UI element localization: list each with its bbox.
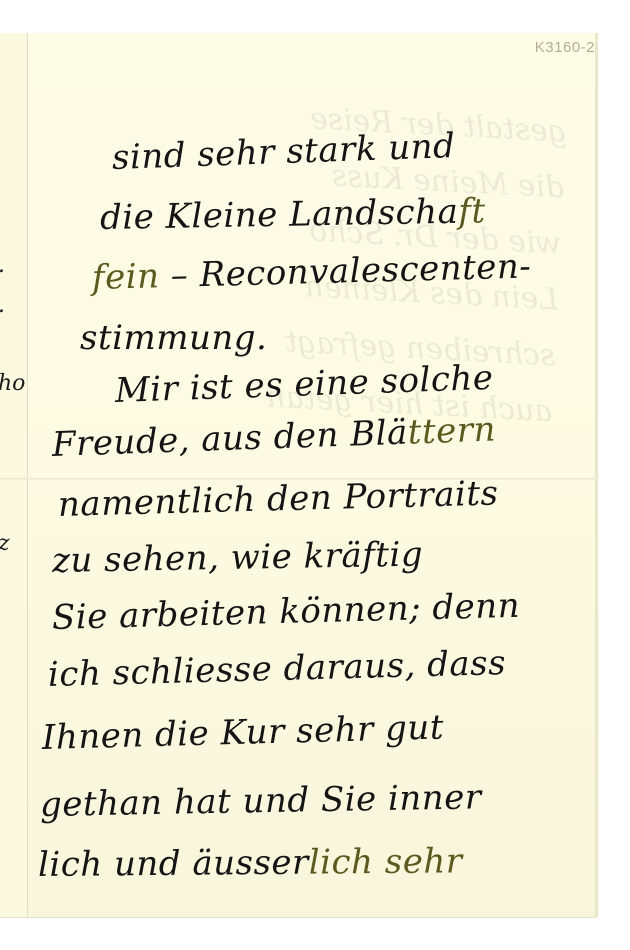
line-text-green-ink: ft (458, 191, 486, 231)
line-text: namentlich den Portraits (57, 473, 498, 525)
handwritten-line: zu sehen, wie kräftig (52, 535, 424, 581)
handwritten-line: stimmung. (80, 318, 267, 358)
handwritten-line: ich schliesse daraus, dass (47, 643, 506, 695)
line-text: Sie arbeiten können; denn (51, 586, 520, 638)
handwritten-line: Freude, aus den Blättern (51, 410, 496, 465)
line-text: zu sehen, wie kräftig (52, 535, 424, 581)
line-text: ich schliesse daraus, dass (47, 643, 506, 695)
line-text-green-ink: ttern (407, 410, 496, 453)
line-text: sind sehr stark und (111, 126, 456, 178)
letter-page: . . ho z K3160-2 gestalt der Reise die M… (0, 33, 597, 917)
line-text: Mir ist es eine solche (114, 358, 494, 411)
handwritten-line: lich und äusserlich sehr (38, 841, 463, 885)
line-text: Freude, aus den Blä (51, 413, 408, 465)
line-text: lich und äusser (38, 843, 309, 885)
handwritten-line: sind sehr stark und (111, 126, 456, 178)
handwritten-line: die Kleine Landschaft (100, 191, 486, 238)
handwritten-line: gethan hat und Sie inner (40, 777, 482, 825)
line-text-green-ink: lich sehr (309, 841, 463, 882)
line-text: gethan hat und Sie inner (40, 777, 482, 825)
letter-scan: . . ho z K3160-2 gestalt der Reise die M… (0, 0, 630, 950)
line-text: die Kleine Landscha (100, 192, 459, 238)
handwritten-line: Mir ist es eine solche (114, 358, 494, 411)
handwritten-line: namentlich den Portraits (57, 473, 498, 525)
letter-body: sind sehr stark und die Kleine Landschaf… (0, 33, 597, 917)
handwritten-line: Sie arbeiten können; denn (51, 586, 520, 638)
handwritten-line: fein – Reconvalescenten- (91, 247, 531, 298)
line-text: Ihnen die Kur sehr gut (41, 707, 444, 758)
line-text-green-ink: fein (91, 256, 160, 298)
line-text: – Reconvalescenten- (159, 247, 532, 297)
line-text: stimmung. (80, 318, 267, 358)
handwritten-line: Ihnen die Kur sehr gut (41, 707, 444, 758)
